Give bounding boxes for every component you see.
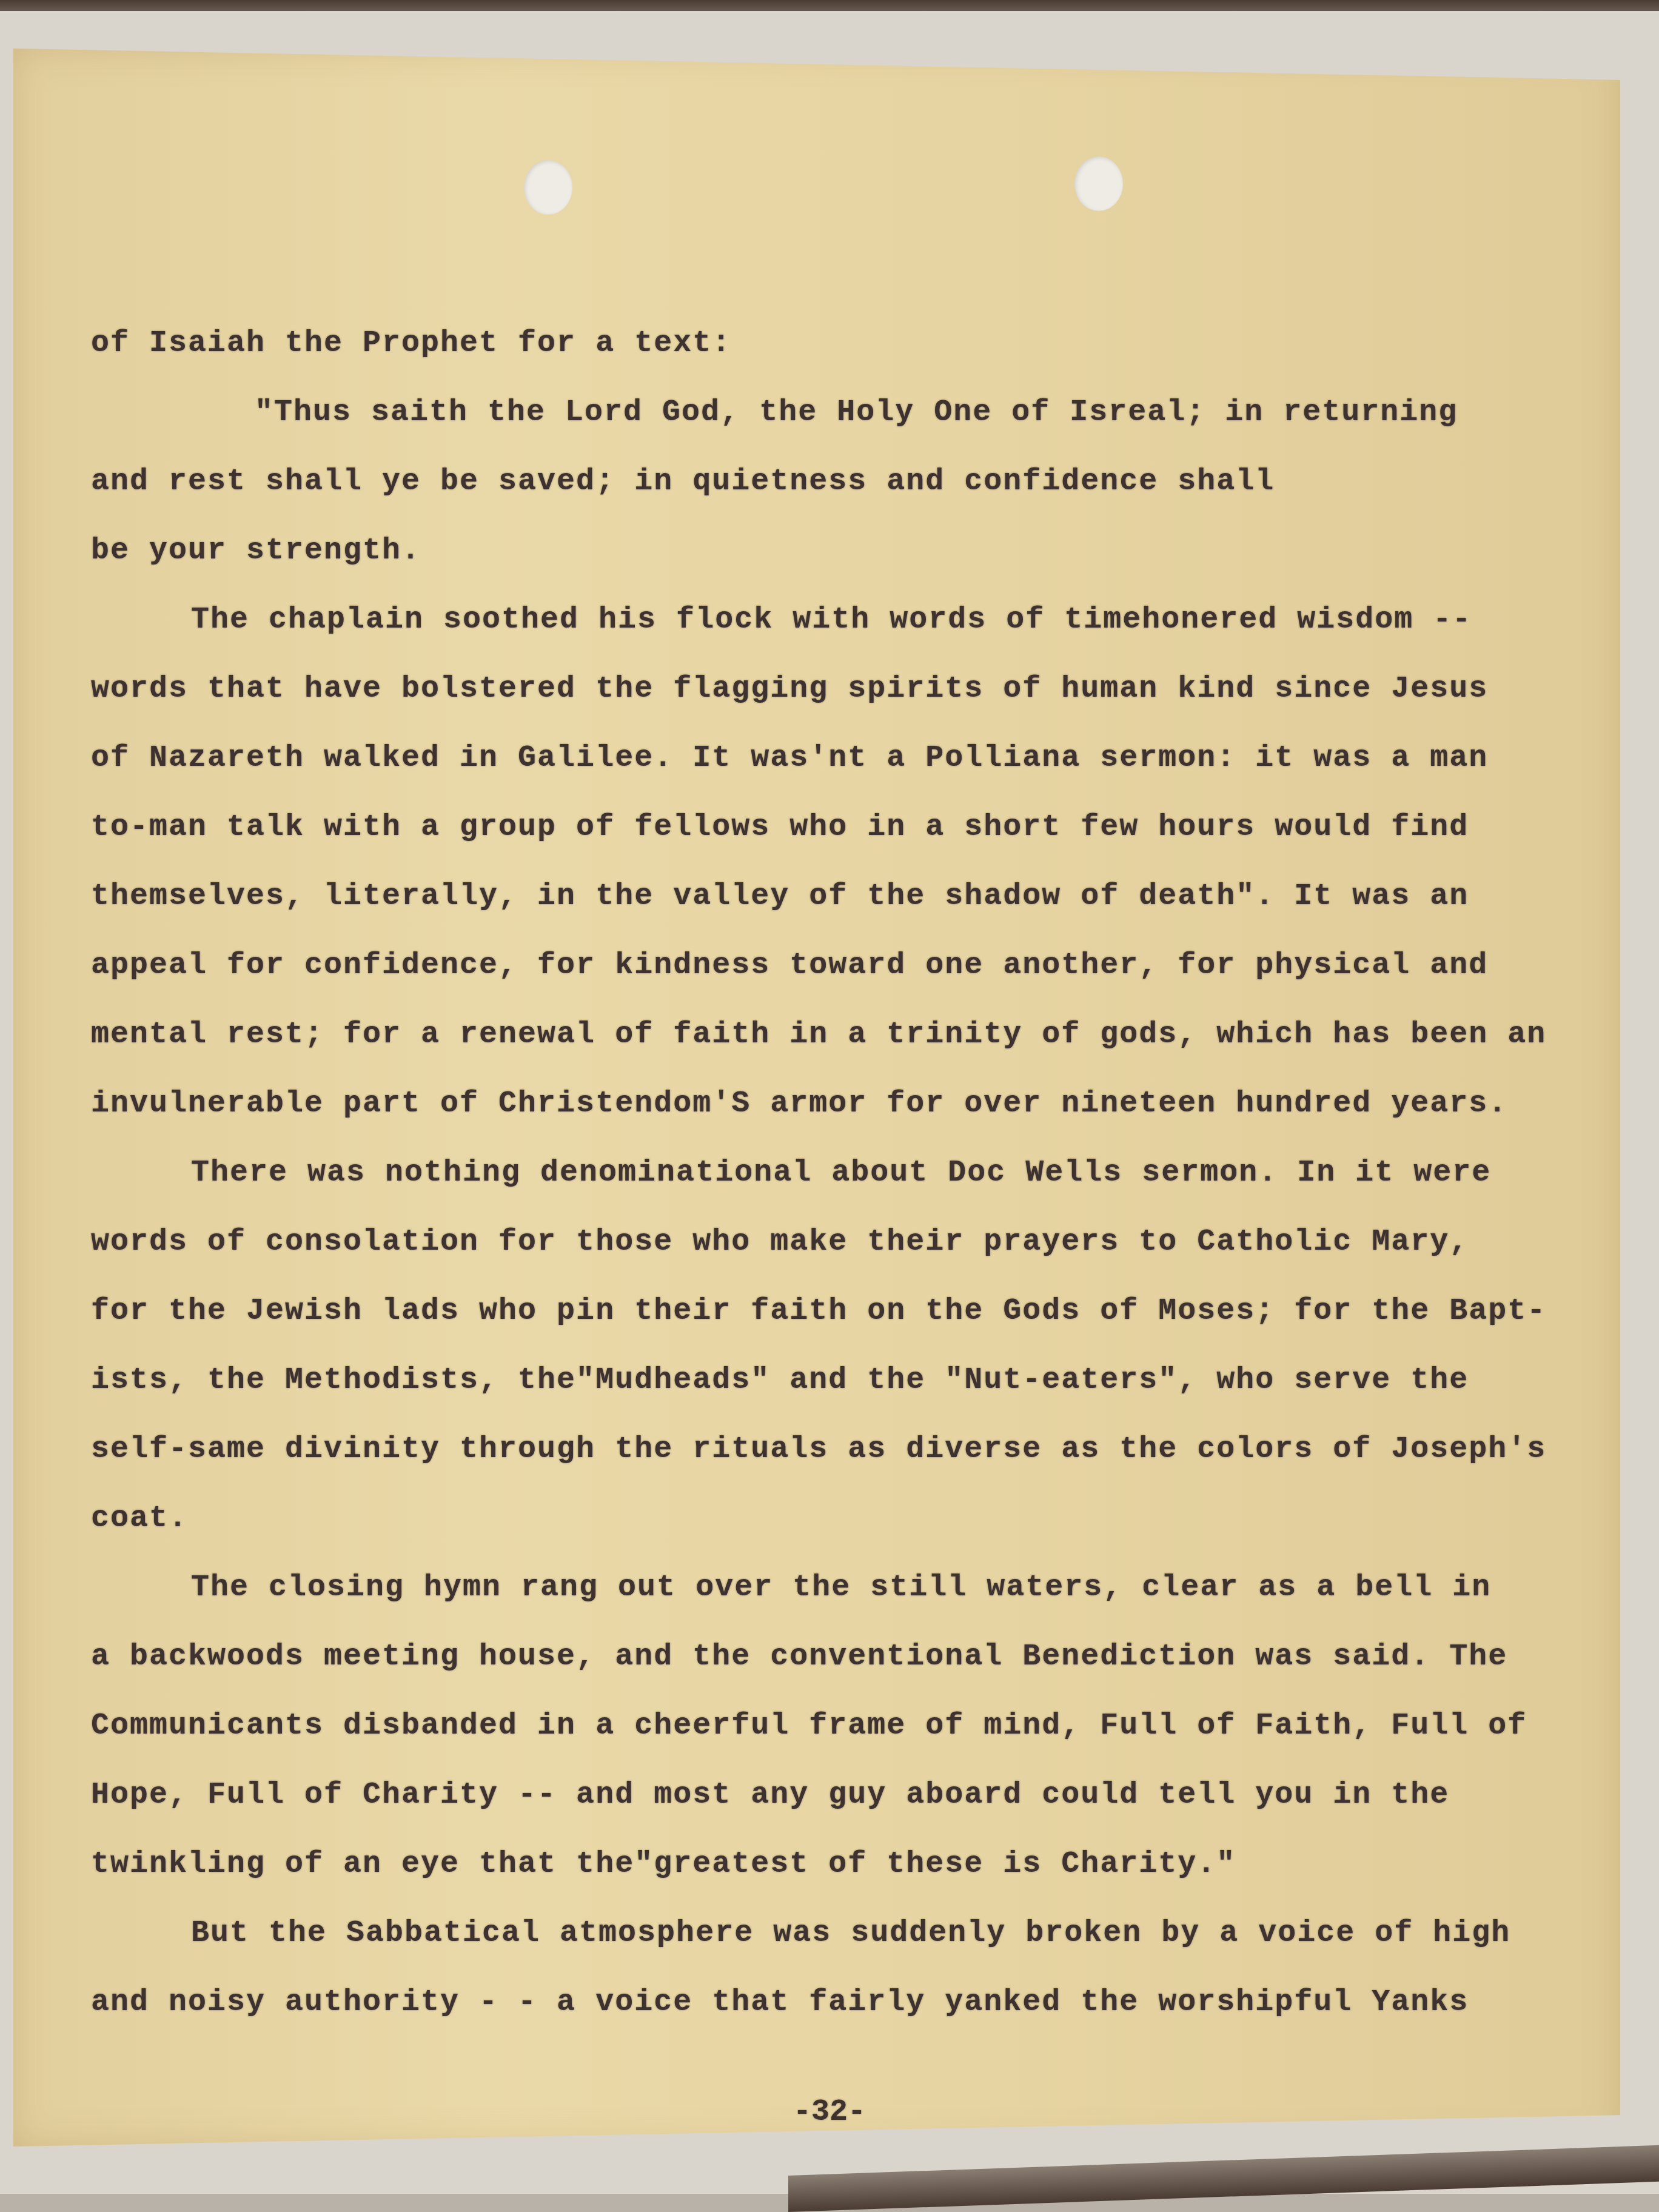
text-line: and rest shall ye be saved; in quietness…	[91, 447, 1637, 517]
text-line: of Isaiah the Prophet for a text:	[91, 309, 1637, 378]
text-line: invulnerable part of Christendom'S armor…	[91, 1070, 1637, 1139]
text-line: The closing hymn rang out over the still…	[91, 1553, 1637, 1623]
paragraph: "Thus saith the Lord God, the Holy One o…	[91, 378, 1637, 586]
page-body: of Isaiah the Prophet for a text:"Thus s…	[91, 309, 1637, 2037]
text-line: twinkling of an eye that the"greatest of…	[91, 1830, 1637, 1899]
paragraph: But the Sabbatical atmosphere was sudden…	[91, 1899, 1637, 2037]
punch-hole-icon	[1074, 156, 1123, 211]
paragraph: There was nothing denominational about D…	[91, 1139, 1637, 1553]
text-line: coat.	[91, 1484, 1637, 1553]
text-line: Hope, Full of Charity -- and most any gu…	[91, 1761, 1637, 1830]
text-line: ists, the Methodists, the"Mudheads" and …	[91, 1346, 1637, 1415]
text-line: appeal for confidence, for kindness towa…	[91, 931, 1637, 1000]
text-line: of Nazareth walked in Galilee. It was'nt…	[91, 724, 1637, 793]
text-line: to-man talk with a group of fellows who …	[91, 793, 1637, 862]
text-line: But the Sabbatical atmosphere was sudden…	[91, 1899, 1637, 1968]
paragraph: of Isaiah the Prophet for a text:	[91, 309, 1637, 378]
text-line: self-same divinity through the rituals a…	[91, 1415, 1637, 1484]
text-line: a backwoods meeting house, and the conve…	[91, 1623, 1637, 1692]
text-line: The chaplain soothed his flock with word…	[91, 586, 1637, 655]
text-line: and noisy authority - - a voice that fai…	[91, 1968, 1637, 2037]
text-line: themselves, literally, in the valley of …	[91, 862, 1637, 931]
punch-hole-icon	[524, 160, 572, 215]
text-line: There was nothing denominational about D…	[91, 1139, 1637, 1208]
paragraph: The closing hymn rang out over the still…	[91, 1553, 1637, 1899]
page-number: -32-	[0, 2095, 1659, 2130]
text-line: "Thus saith the Lord God, the Holy One o…	[91, 378, 1637, 447]
text-line: mental rest; for a renewal of faith in a…	[91, 1000, 1637, 1070]
text-line: for the Jewish lads who pin their faith …	[91, 1277, 1637, 1346]
text-line: be your strength.	[91, 517, 1637, 586]
text-line: words of consolation for those who make …	[91, 1208, 1637, 1277]
text-line: Communicants disbanded in a cheerful fra…	[91, 1692, 1637, 1761]
text-line: words that have bolstered the flagging s…	[91, 655, 1637, 724]
paragraph: The chaplain soothed his flock with word…	[91, 586, 1637, 1139]
